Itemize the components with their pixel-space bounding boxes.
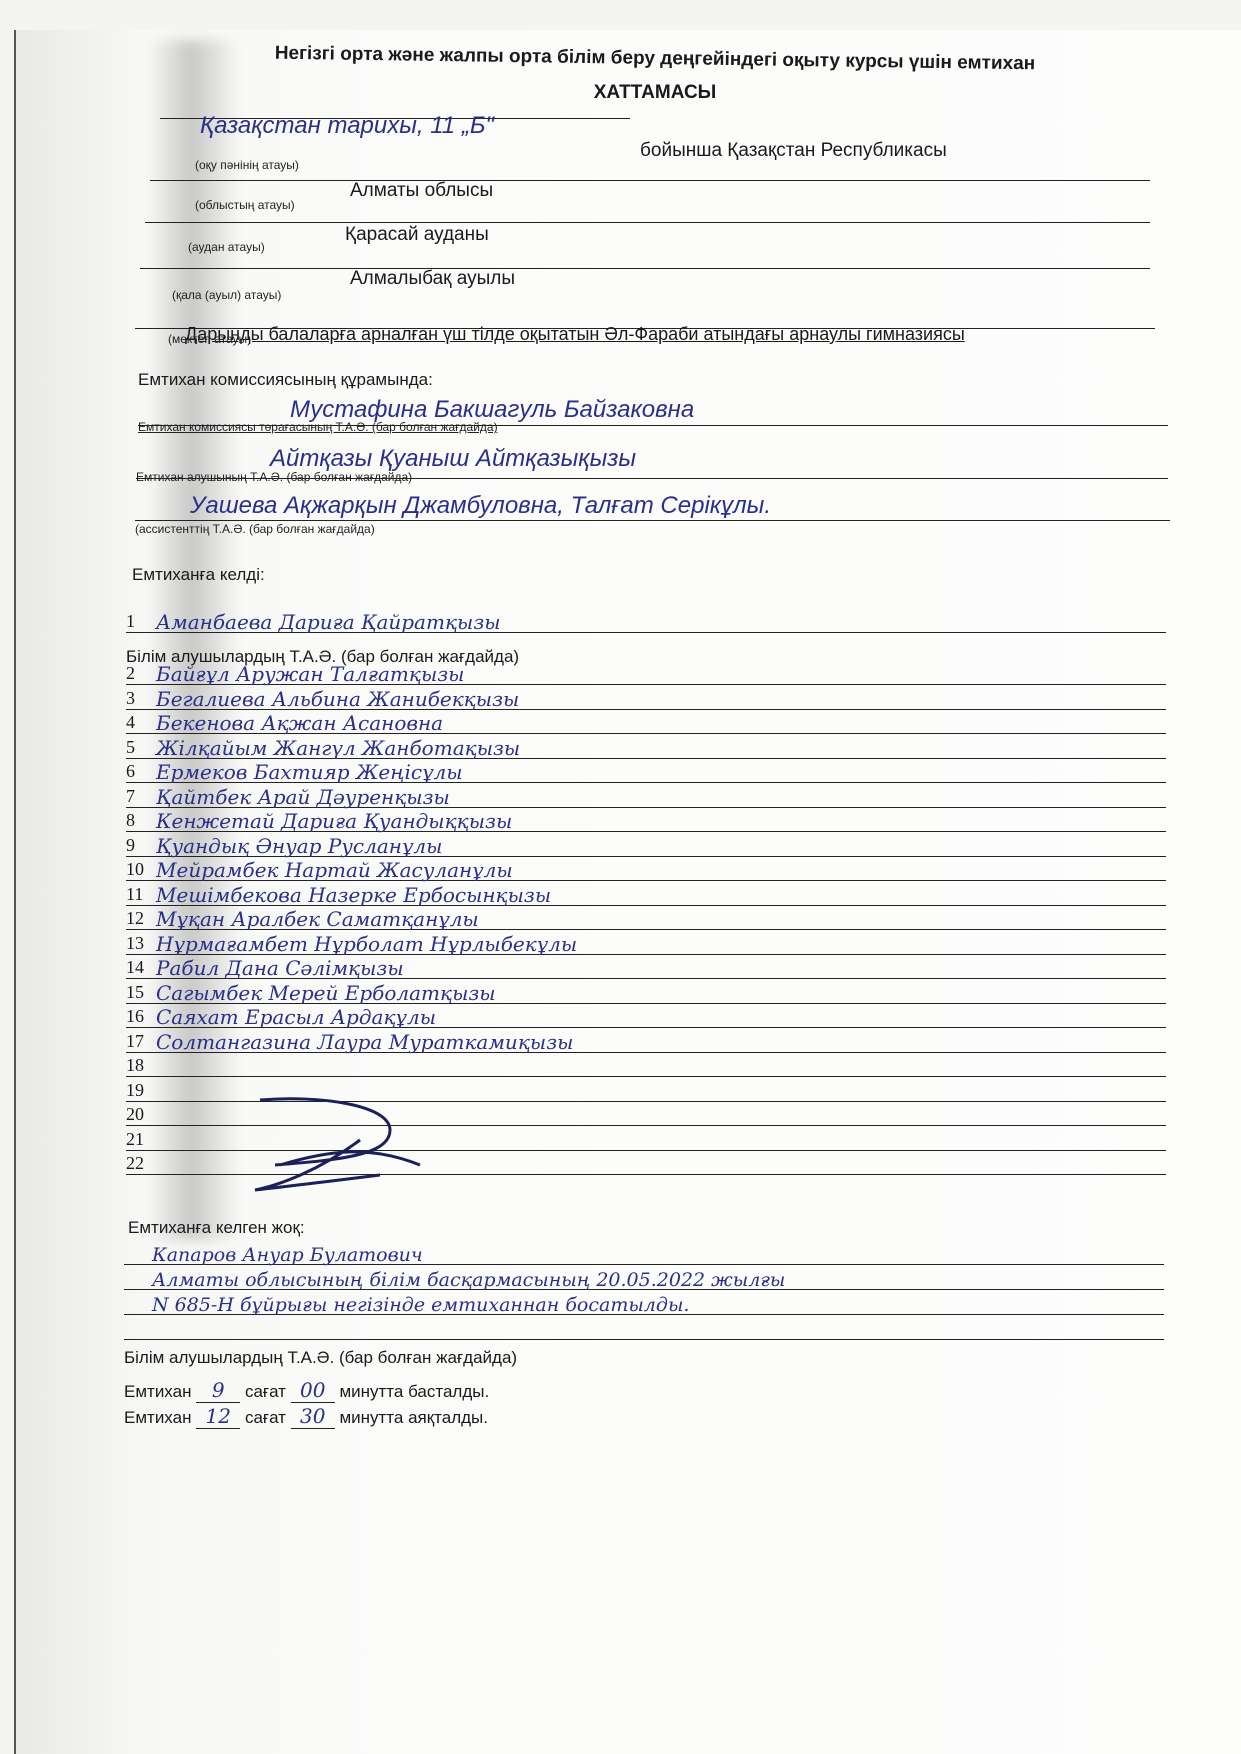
student-row: 18 (126, 1052, 1166, 1077)
student-number: 14 (126, 957, 144, 978)
subject-caption: (оқу пәнінің атауы) (195, 158, 299, 172)
absent-text: Алматы облысының білім басқармасының 20.… (152, 1269, 785, 1291)
absent-text: Капаров Ануар Булатович (152, 1244, 423, 1266)
end-prefix: Емтихан (124, 1408, 191, 1427)
student-number: 10 (126, 859, 144, 880)
student-name: Аманбаева Дариға Қайратқызы (156, 610, 501, 634)
student-number: 18 (126, 1055, 144, 1076)
absent-line (124, 1315, 1164, 1340)
student-number: 11 (126, 884, 143, 905)
attended-heading: Емтиханға келді: (132, 565, 265, 585)
region-value: Алматы облысы (350, 180, 493, 202)
student-number: 20 (126, 1104, 144, 1125)
subject-suffix: бойынша Қазақстан Республикасы (640, 140, 947, 162)
region-line (150, 180, 1150, 181)
student-number: 17 (126, 1031, 144, 1052)
student-number: 15 (126, 982, 144, 1003)
student-row: 7Қайтбек Арай Дәуренқызы (126, 783, 1166, 808)
student-number: 19 (126, 1080, 144, 1101)
student-number: 21 (126, 1129, 144, 1150)
attended-caption: Білім алушылардың Т.А.Ә. (бар болған жағ… (126, 647, 519, 667)
document-subtitle: ХАТТАМАСЫ (230, 82, 1080, 104)
student-row: 15Сагымбек Мерей Ерболатқызы (126, 979, 1166, 1004)
end-minute: 30 (291, 1404, 335, 1429)
student-name: Бекенова Ақжан Асановна (156, 711, 443, 735)
absent-heading: Емтиханға келген жоқ: (128, 1218, 305, 1238)
absent-caption: Білім алушылардың Т.А.Ә. (бар болған жағ… (124, 1348, 517, 1368)
student-row: 4Бекенова Ақжан Асановна (126, 709, 1166, 734)
student-row: 17Солтангазина Лаура Мураткамиқызы (126, 1028, 1166, 1053)
student-name: Мұқан Аралбек Саматқанұлы (156, 907, 479, 931)
subject-value: Қазақстан тарихы, 11 „Б" (200, 112, 494, 140)
student-row: 11Мешімбекова Назерке Ербосынқызы (126, 881, 1166, 906)
student-number: 1 (126, 611, 135, 632)
region-caption: (облыстың атауы) (195, 198, 295, 212)
city-line (140, 268, 1150, 269)
student-number: 16 (126, 1006, 144, 1027)
start-hour-label: сағат (245, 1382, 286, 1401)
student-name: Солтангазина Лаура Мураткамиқызы (156, 1030, 573, 1054)
student-name: Сагымбек Мерей Ерболатқызы (156, 981, 496, 1005)
end-time: Емтихан 12 сағат 30 минутта аяқталды. (124, 1404, 488, 1429)
assistants-line (135, 520, 1170, 521)
student-name: Қайтбек Арай Дәуренқызы (156, 785, 450, 809)
student-row: 9Қуандық Әнуар Русланұлы (126, 832, 1166, 857)
school-value: Дарынды балаларға арналған үш тілде оқыт… (185, 324, 965, 345)
student-row: 10Мейрамбек Нартай Жасуланұлы (126, 856, 1166, 881)
district-value: Қарасай ауданы (345, 224, 489, 246)
district-line (145, 222, 1150, 223)
commission-heading: Емтихан комиссиясының құрамында: (138, 370, 433, 390)
student-name: Қуандық Әнуар Русланұлы (156, 834, 442, 858)
chair-caption: Емтихан комиссиясы төрағасының Т.А.Ә. (б… (138, 420, 498, 434)
student-number: 8 (126, 810, 135, 831)
start-hour: 9 (196, 1378, 240, 1403)
student-row: 6Ермеков Бахтияр Жеңісұлы (126, 758, 1166, 783)
student-row: 3Бегалиева Альбина Жанибекқызы (126, 685, 1166, 710)
city-caption: (қала (ауыл) атауы) (172, 288, 281, 302)
student-name: Ермеков Бахтияр Жеңісұлы (156, 760, 463, 784)
student-row: 8Кенжетай Дариға Қуандыққызы (126, 807, 1166, 832)
student-number: 13 (126, 933, 144, 954)
district-caption: (аудан атауы) (188, 240, 265, 254)
end-suffix: минутта аяқталды. (339, 1408, 488, 1427)
school-caption: (мектеп атауы) (168, 332, 251, 346)
absent-line: Алматы облысының білім басқармасының 20.… (124, 1265, 1164, 1290)
student-number: 5 (126, 737, 135, 758)
absent-line: Капаров Ануар Булатович (124, 1240, 1164, 1265)
start-suffix: минутта басталды. (339, 1382, 489, 1401)
crossout-scribble-icon (240, 1090, 440, 1200)
student-name: Нұрмағамбет Нұрболат Нұрлыбекұлы (156, 932, 577, 956)
end-hour: 12 (196, 1404, 240, 1429)
student-row: 12Мұқан Аралбек Саматқанұлы (126, 905, 1166, 930)
student-number: 4 (126, 712, 135, 733)
student-number: 3 (126, 688, 135, 709)
student-number: 6 (126, 761, 135, 782)
student-row: 13Нұрмағамбет Нұрболат Нұрлыбекұлы (126, 930, 1166, 955)
start-time: Емтихан 9 сағат 00 минутта басталды. (124, 1378, 489, 1403)
student-number: 7 (126, 786, 135, 807)
student-name: Мейрамбек Нартай Жасуланұлы (156, 858, 513, 882)
city-value: Алмалыбақ ауылы (350, 268, 515, 290)
student-row: 5Жілқайым Жангүл Жанботақызы (126, 734, 1166, 759)
examiner-caption: Емтихан алушының Т.А.Ә. (бар болған жағд… (136, 470, 412, 484)
student-name: Жілқайым Жангүл Жанботақызы (156, 736, 520, 760)
student-number: 12 (126, 908, 144, 929)
student-number: 9 (126, 835, 135, 856)
end-hour-label: сағат (245, 1408, 286, 1427)
student-name: Рабил Дана Сәлімқызы (156, 956, 404, 980)
student-row: 14Рабил Дана Сәлімқызы (126, 954, 1166, 979)
student-row: 1Аманбаева Дариға Қайратқызы (126, 608, 1166, 633)
student-row: 16Саяхат Ерасыл Ардақұлы (126, 1003, 1166, 1028)
absent-text: N 685-Н бұйрығы негізінде емтиханнан бос… (152, 1294, 689, 1316)
student-number: 22 (126, 1153, 144, 1174)
start-minute: 00 (291, 1378, 335, 1403)
student-name: Мешімбекова Назерке Ербосынқызы (156, 883, 551, 907)
absent-line: N 685-Н бұйрығы негізінде емтиханнан бос… (124, 1290, 1164, 1315)
start-prefix: Емтихан (124, 1382, 191, 1401)
student-name: Бегалиева Альбина Жанибекқызы (156, 687, 519, 711)
assistants-caption: (ассистенттің Т.А.Ә. (бар болған жағдайд… (135, 522, 375, 536)
examiner-value: Айтқазы Қуаныш Айтқазықызы (270, 445, 636, 473)
student-name: Саяхат Ерасыл Ардақұлы (156, 1005, 436, 1029)
assistants-value: Уашева Ақжарқын Джамбуловна, Талғат Сері… (190, 492, 771, 520)
student-name: Кенжетай Дариға Қуандыққызы (156, 809, 512, 833)
